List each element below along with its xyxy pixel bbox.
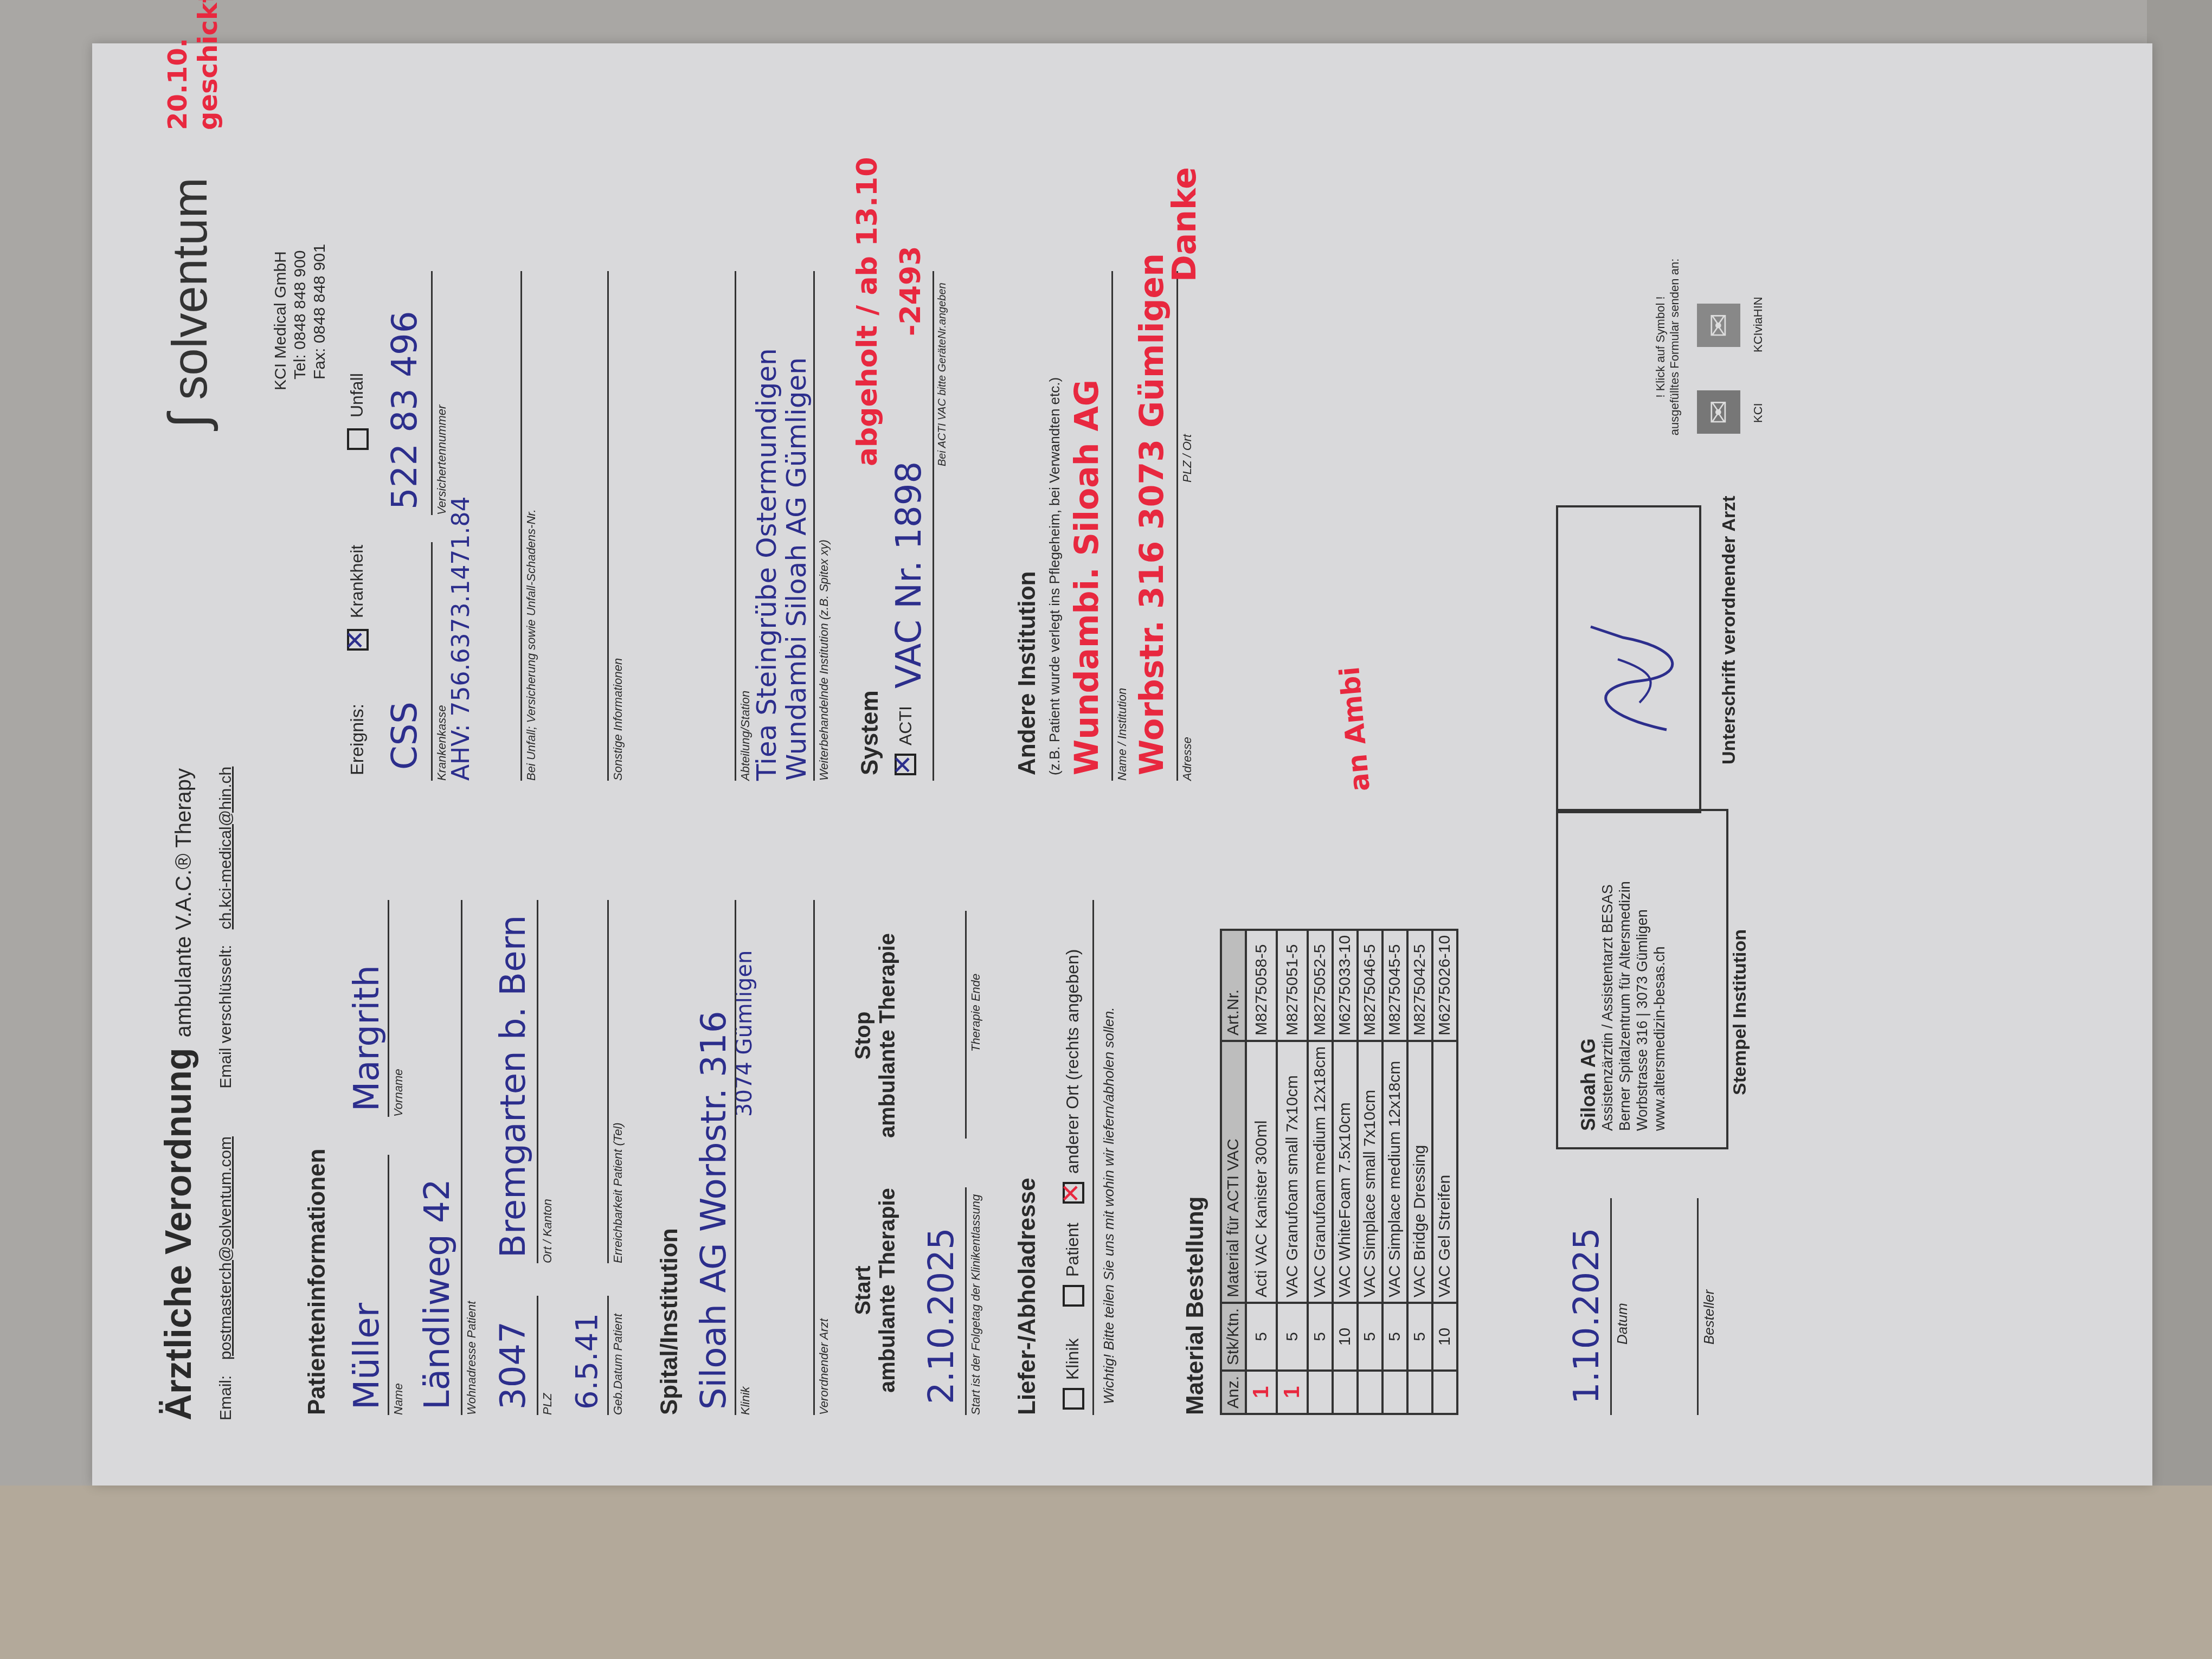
checkbox-unfall[interactable] [347, 428, 369, 450]
andere-name[interactable]: Wundambi. Siloah AG [1068, 380, 1106, 775]
checkbox-acti[interactable]: ✕ [895, 754, 916, 775]
material-table: Anz. Stk/Ktn. Material für ACTI VAC Art.… [1220, 929, 1458, 1415]
cell-material: VAC Simplace medium 12x18cm [1382, 1041, 1407, 1303]
abteilung-value[interactable]: Tiea Steingrübe Ostermundigen [751, 348, 782, 781]
document-photo: Ärztliche Verordnung ambulante V.A.C.® T… [92, 43, 2152, 1486]
label-acti: ACTI [896, 706, 916, 745]
annotation-danke: Danke [1166, 167, 1204, 282]
label-anderer-ort: anderer Ort (rechts angeben) [1063, 949, 1083, 1174]
label-birth: Geb.Datum Patient [611, 1314, 625, 1415]
table-row: 5VAC Simplace medium 12x18cmM8275045-5 [1382, 930, 1407, 1414]
checkbox-klinik[interactable] [1063, 1388, 1084, 1410]
institution-stamp: Siloah AG Assistenzärztin / Assistentarz… [1556, 809, 1728, 1149]
cell-stk: 5 [1407, 1303, 1432, 1371]
email-row: Email: postmasterch@solventum.com Email … [217, 767, 235, 1420]
section-spital: Spital/Institution [656, 1228, 683, 1415]
table-row: 5VAC Simplace small 7x10cmM8275046-5 [1358, 930, 1382, 1414]
annotation-number: -2493 [895, 246, 927, 336]
logo-icon: ∫ [158, 414, 218, 428]
cell-artnr: M8275045-5 [1382, 930, 1407, 1041]
cell-stk: 5 [1358, 1303, 1382, 1371]
cell-stk: 5 [1382, 1303, 1407, 1371]
cell-stk: 10 [1333, 1303, 1358, 1371]
cell-stk: 5 [1308, 1303, 1333, 1371]
start-date[interactable]: 2.10.2025 [922, 1227, 962, 1404]
company-tel: Tel: 0848 848 900 [291, 244, 310, 390]
cell-material: VAC Gel Streifen [1432, 1041, 1457, 1303]
label-weiter: Weiterbehandelnde Institution (z.B. Spit… [817, 539, 831, 781]
cell-anz[interactable]: 1 [1277, 1371, 1308, 1414]
stop-therapy-heading: Stopambulante Therapie [851, 922, 900, 1149]
cell-anz[interactable] [1333, 1371, 1358, 1414]
label-name: Name [391, 1383, 406, 1415]
patient-vorname[interactable]: Margrith [347, 965, 387, 1111]
label-tel: Erreichbarkeit Patient (Tel) [611, 1122, 625, 1263]
label-klinik-option: Klinik [1063, 1339, 1083, 1380]
label-stempel: Stempel Institution [1729, 929, 1751, 1095]
label-address: Wohnadresse Patient [465, 1301, 479, 1415]
label-datum: Datum [1614, 1303, 1631, 1345]
delivery-note: Wichtig! Bitte teilen Sie uns mit wohin … [1101, 1007, 1117, 1404]
start-therapy-heading: Startambulante Therapie [851, 1176, 900, 1404]
label-arzt: Verordnender Arzt [817, 1319, 831, 1415]
label-krankheit: Krankheit [347, 545, 367, 618]
prescription-form: Ärztliche Verordnung ambulante V.A.C.® T… [92, 43, 2152, 1486]
company-name: KCI Medical GmbH [271, 244, 291, 390]
cell-artnr: M6275033-10 [1333, 930, 1358, 1041]
table-row: 15VAC Granufoam small 7x10cmM8275051-5 [1277, 930, 1308, 1414]
checkbox-patient[interactable] [1063, 1285, 1084, 1307]
cell-anz[interactable] [1308, 1371, 1333, 1414]
cell-material: VAC Granufoam small 7x10cm [1277, 1041, 1308, 1303]
label-send-kci: KCI [1751, 403, 1765, 423]
andere-sub: (z.B. Patient wurde verlegt ins Pflegehe… [1046, 377, 1063, 775]
label-ort: Ort / Kanton [541, 1199, 555, 1263]
cell-anz[interactable] [1407, 1371, 1432, 1414]
cell-material: VAC Granufoam medium 12x18cm [1308, 1041, 1333, 1303]
cell-material: Acti VAC Kanister 300ml [1246, 1041, 1277, 1303]
email-link[interactable]: postmasterch@solventum.com [217, 1136, 235, 1360]
section-material: Material Bestellung [1182, 1197, 1209, 1415]
patient-address[interactable]: Ländliweg 42 [417, 1179, 458, 1410]
label-besteller: Besteller [1701, 1290, 1718, 1345]
form-subtitle: ambulante V.A.C.® Therapy [172, 768, 196, 1037]
label-andere-plz: PLZ / Ort [1180, 434, 1194, 483]
company-info: KCI Medical GmbH Tel: 0848 848 900 Fax: … [271, 244, 330, 390]
section-andere: Andere Institution [1014, 571, 1041, 775]
versicherten-value[interactable]: 522 83 496 [385, 311, 425, 510]
annotation-abgeholt: abgeholt / ab 13.10 [851, 157, 884, 466]
section-system: System [857, 690, 884, 775]
col-material: Material für ACTI VAC [1221, 1041, 1246, 1303]
table-row: 15Acti VAC Kanister 300mlM8275058-5 [1246, 930, 1277, 1414]
annotation-an-ambi: an Ambi [1334, 665, 1376, 793]
patient-birthdate[interactable]: 6.5.41 [569, 1313, 605, 1410]
section-delivery: Liefer-/Abholadresse [1014, 1178, 1041, 1415]
email-encrypted-link[interactable]: ch.kci-medical@hin.ch [217, 767, 235, 930]
klinik-value[interactable]: Siloah AG Worbstr. 316 [694, 1011, 734, 1410]
col-anz: Anz. [1221, 1371, 1246, 1414]
cell-artnr: M8275042-5 [1407, 930, 1432, 1041]
section-patient: Patienteninformationen [304, 1149, 331, 1415]
label-vorname: Vorname [391, 1069, 406, 1117]
send-instructions: ! Klick auf Symbol ! ausgefülltes Formul… [1654, 239, 1682, 455]
cell-material: VAC Simplace small 7x10cm [1358, 1041, 1382, 1303]
cell-anz[interactable]: 1 [1246, 1371, 1277, 1414]
cell-stk: 5 [1277, 1303, 1308, 1371]
label-device-note: Bei ACTI VAC bitte GeräteNr.angeben [936, 282, 949, 466]
table-row: 10VAC WhiteFoam 7.5x10cmM6275033-10 [1333, 930, 1358, 1414]
label-sonstige: Sonstige Informationen [611, 658, 625, 781]
table-row: 10VAC Gel StreifenM6275026-10 [1432, 930, 1457, 1414]
signature-scribble [1558, 507, 1699, 811]
label-unfall-versicherung: Bei Unfall; Versicherung sowie Unfall-Sc… [524, 509, 538, 781]
label-start-note: Start ist der Folgetag der Klinikentlass… [969, 1194, 983, 1415]
label-andere-name: Name / Institution [1115, 688, 1129, 781]
event-label: Ereignis: [347, 704, 368, 775]
label-patient-option: Patient [1063, 1223, 1083, 1277]
label-plz: PLZ [541, 1393, 555, 1415]
label-klinik: Klinik [738, 1386, 753, 1415]
cell-artnr: M8275052-5 [1308, 930, 1333, 1041]
label-unterschrift: Unterschrift verordnender Arzt [1719, 496, 1740, 764]
col-artnr: Art.Nr. [1221, 930, 1246, 1041]
background-surface [2147, 0, 2212, 1659]
cell-artnr: M8275046-5 [1358, 930, 1382, 1041]
background-table [0, 1486, 2212, 1659]
ahv-number[interactable]: AHV: 756.6373.1471.84 [447, 497, 475, 781]
cell-anz[interactable] [1382, 1371, 1407, 1414]
checkbox-anderer-ort[interactable]: ✕ [1063, 1182, 1084, 1204]
table-row: 5VAC Bridge DressingM8275042-5 [1407, 930, 1432, 1414]
email-label: Email: [217, 1375, 235, 1420]
datum-value[interactable]: 1.10.2025 [1567, 1227, 1607, 1404]
solventum-logo: ∫ solventum [157, 177, 220, 428]
patient-name[interactable]: Müller [347, 1303, 387, 1410]
weiter-value[interactable]: Wundambi Siloah AG Gümligen [781, 357, 812, 781]
cell-artnr: M6275026-10 [1432, 930, 1457, 1041]
annotation-geschickt: 20.10. geschickt [163, 49, 223, 130]
cell-anz[interactable] [1358, 1371, 1382, 1414]
checkbox-krankheit[interactable]: ✕ [347, 629, 369, 651]
form-title: Ärztliche Verordnung ambulante V.A.C.® T… [157, 768, 200, 1420]
label-send-hin: KCIviaHIN [1751, 297, 1765, 352]
label-andere-address: Adresse [1180, 737, 1194, 781]
label-unfall: Unfall [347, 373, 367, 417]
col-stk: Stk/Ktn. [1221, 1303, 1246, 1371]
patient-plz[interactable]: 3047 [493, 1321, 533, 1410]
krankenkasse-value[interactable]: CSS [385, 702, 425, 770]
cell-anz[interactable] [1432, 1371, 1457, 1414]
cell-artnr: M8275058-5 [1246, 930, 1277, 1041]
cell-stk: 10 [1432, 1303, 1457, 1371]
vac-number[interactable]: VAC Nr. 1898 [889, 461, 929, 689]
table-row: 5VAC Granufoam medium 12x18cmM8275052-5 [1308, 930, 1333, 1414]
signature-box[interactable] [1556, 505, 1701, 813]
company-fax: Fax: 0848 848 901 [310, 244, 330, 390]
cell-stk: 5 [1246, 1303, 1277, 1371]
email-hin-icon[interactable]: ✉ [1697, 304, 1740, 347]
email-encrypted-label: Email verschlüsselt: [217, 945, 235, 1089]
patient-ort[interactable]: Bremgarten b. Bern [493, 915, 533, 1258]
cell-material: VAC Bridge Dressing [1407, 1041, 1432, 1303]
cell-artnr: M8275051-5 [1277, 930, 1308, 1041]
email-kci-icon[interactable]: ✉ [1697, 390, 1740, 434]
andere-address[interactable]: Worbstr. 316 3073 Gümligen [1133, 253, 1171, 775]
cell-material: VAC WhiteFoam 7.5x10cm [1333, 1041, 1358, 1303]
label-therapie-ende: Therapie Ende [969, 974, 983, 1052]
